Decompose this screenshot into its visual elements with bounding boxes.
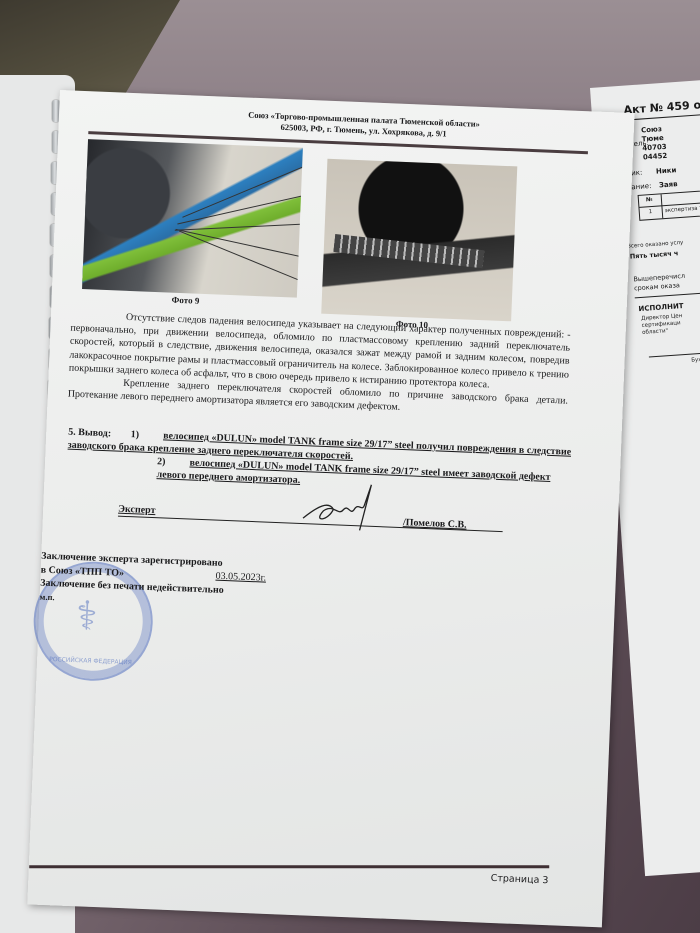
total-line: Всего оказано услу bbox=[627, 240, 684, 250]
expert-name: /Помелов С.В. bbox=[403, 517, 467, 531]
act-title: Акт № 459 от 0 bbox=[623, 97, 700, 117]
accountant-label: Бух bbox=[691, 357, 700, 364]
table-header-num: № bbox=[646, 197, 653, 203]
signature-line bbox=[649, 350, 700, 358]
table-row-text: экспертиза т bbox=[665, 205, 700, 214]
executor-value: Союз Тюме 40703 04452 bbox=[641, 125, 668, 163]
expert-label: Эксперт bbox=[118, 504, 156, 516]
conclusion-item-1-number: 1) bbox=[130, 428, 160, 442]
conclusion-item-2-number: 2) bbox=[157, 455, 187, 469]
customer-value: Ники bbox=[656, 166, 677, 175]
footer-rule bbox=[29, 865, 549, 868]
wheel-spoke bbox=[176, 229, 303, 264]
wheel-spoke bbox=[177, 188, 303, 224]
signatory-label: ИСПОЛНИТ bbox=[638, 302, 684, 313]
tire-tread bbox=[333, 234, 484, 268]
report-page: Союз «Торгово-промышленная палата Тюменс… bbox=[27, 90, 634, 927]
wheel-spoke bbox=[175, 222, 303, 231]
registration-date: 03.05.2023г. bbox=[215, 570, 266, 586]
conclusion-label: 5. Вывод: bbox=[68, 426, 128, 441]
analysis-text: Отсутствие следов падения велосипеда ука… bbox=[68, 309, 571, 421]
wheel-spoke bbox=[179, 231, 303, 293]
signature-scribble bbox=[298, 480, 380, 533]
amount-words: Пять тысяч ч bbox=[630, 249, 679, 260]
photo-9-image bbox=[82, 139, 303, 298]
note-line-2: срокам оказа bbox=[634, 281, 680, 292]
services-table: № 1 экспертиза т bbox=[638, 187, 700, 221]
basis-value: Заяв bbox=[659, 180, 678, 189]
table-row-num: 1 bbox=[649, 209, 653, 215]
registration-block: Заключение эксперта зарегистрировано в С… bbox=[39, 550, 301, 614]
page-number: Страница 3 bbox=[490, 873, 548, 886]
stamp-text: РОССИЙСКАЯ ФЕДЕРАЦИЯ bbox=[49, 656, 132, 666]
photo-9-caption: Фото 9 bbox=[171, 295, 199, 306]
signatory-lines: Директор Цен сертификаци области" bbox=[641, 313, 684, 337]
photo-10-image bbox=[321, 159, 517, 322]
